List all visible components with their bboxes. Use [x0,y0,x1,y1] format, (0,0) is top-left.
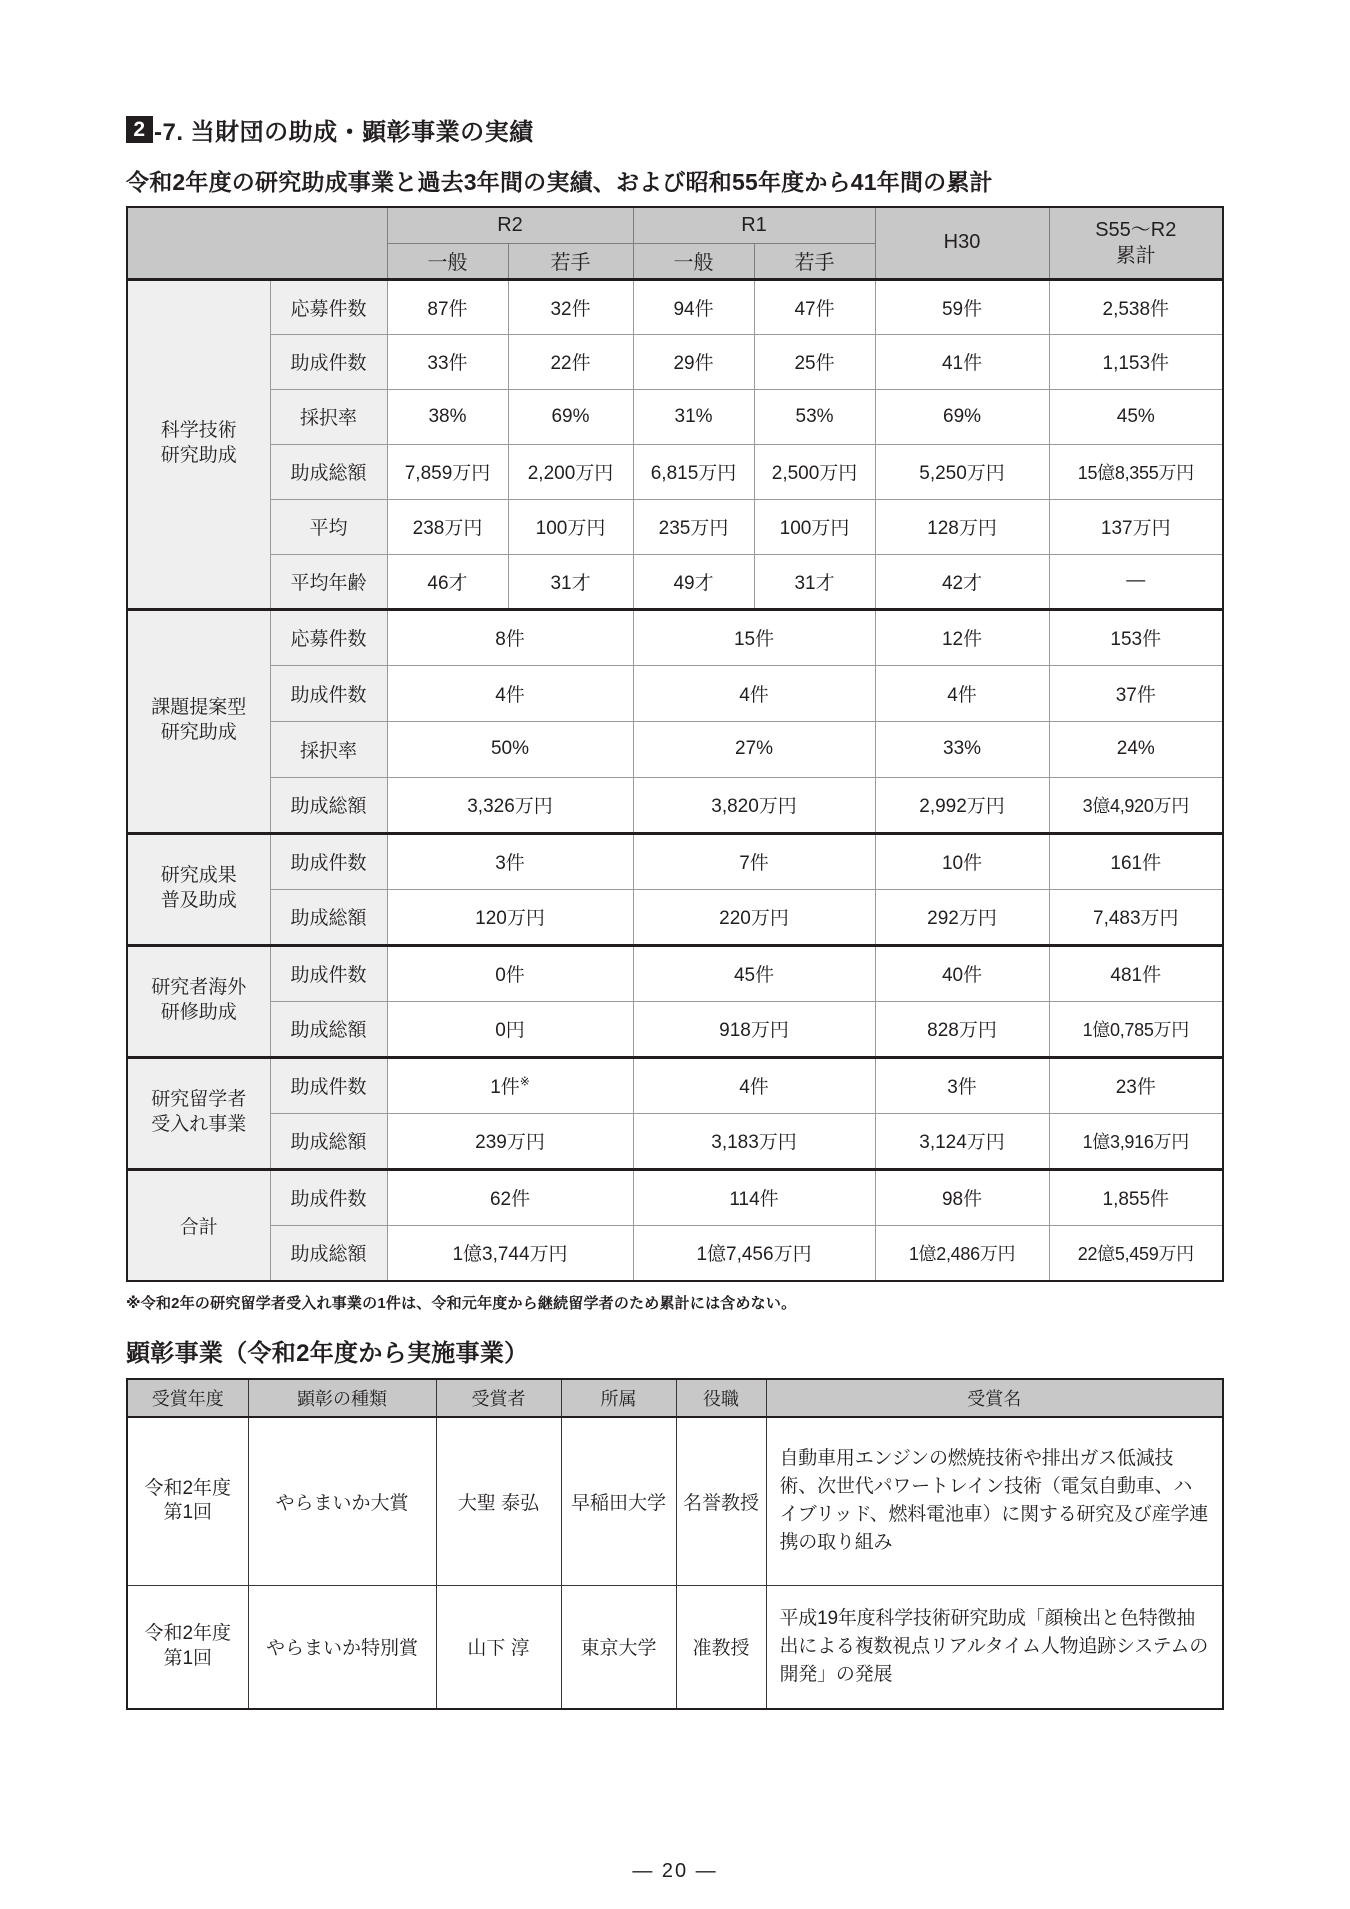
col-header-position: 役職 [676,1379,766,1417]
grant-cell: 1,153件 [1049,334,1223,389]
grant-cell: 918万円 [633,1001,875,1057]
col-header-award-year: 受賞年度 [127,1379,248,1417]
award-description: 平成19年度科学技術研究助成「顔検出と色特徴抽出による複数視点リアルタイム人物追… [766,1585,1223,1709]
award-description: 自動車用エンジンの燃焼技術や排出ガス低減技術、次世代パワートレイン技術（電気自動… [766,1417,1223,1585]
row-label: 助成件数 [270,1169,387,1225]
row-label: 助成総額 [270,777,387,833]
table-row: 助成件数 4件 4件 4件 37件 [127,665,1223,721]
row-label: 平均年齢 [270,554,387,609]
grant-cell: 1億3,916万円 [1049,1113,1223,1169]
grant-cell: 22億5,459万円 [1049,1225,1223,1281]
grant-cell: 1億0,785万円 [1049,1001,1223,1057]
section-overseas-training: 研究者海外 研修助成 助成件数 0件 45件 40件 481件 助成総額 0円 … [127,945,1223,1057]
grant-table-header: R2 R1 H30 S55～R2 累計 一般 若手 一般 若手 [127,207,1223,279]
table-row: 合計 助成件数 62件 114件 98件 1,855件 [127,1169,1223,1225]
footnote-marker: ※ [520,1075,530,1089]
grant-cell: 87件 [387,279,508,334]
award-position: 准教授 [676,1585,766,1709]
grant-cell: 0件 [387,945,633,1001]
grant-table-subtitle: 令和2年度の研究助成事業と過去3年間の実績、および昭和55年度から41年間の累計 [126,164,1224,197]
table-row: 研究成果 普及助成 助成件数 3件 7件 10件 161件 [127,833,1223,889]
grant-cell: 3,326万円 [387,777,633,833]
grant-cell: 40件 [875,945,1049,1001]
grant-cell: 37件 [1049,665,1223,721]
table-row: R2 R1 H30 S55～R2 累計 [127,207,1223,243]
grant-cell: 45% [1049,389,1223,444]
grant-cell: 69% [508,389,633,444]
section-label: 科学技術 研究助成 [127,279,270,609]
row-label: 助成総額 [270,444,387,499]
table-row: 採択率 38% 69% 31% 53% 69% 45% [127,389,1223,444]
col-header-r2: R2 [387,207,633,243]
grant-cell: 15件 [633,609,875,665]
grant-cell: 1件※ [387,1057,633,1113]
section-total: 合計 助成件数 62件 114件 98件 1,855件 助成総額 1億3,744… [127,1169,1223,1281]
grant-cell: 59件 [875,279,1049,334]
grant-cell: 25件 [754,334,875,389]
table-row: 課題提案型 研究助成 応募件数 8件 15件 12件 153件 [127,609,1223,665]
grant-cell: 137万円 [1049,499,1223,554]
page-title-text: -7. 当財団の助成・顕彰事業の実績 [154,112,534,147]
award-year: 令和2年度 第1回 [127,1585,248,1709]
col-header-r1: R1 [633,207,875,243]
grant-cell: 7件 [633,833,875,889]
section-visiting-researchers: 研究留学者 受入れ事業 助成件数 1件※ 4件 3件 23件 助成総額 239万… [127,1057,1223,1169]
table-row: 研究留学者 受入れ事業 助成件数 1件※ 4件 3件 23件 [127,1057,1223,1113]
grant-cell: 45件 [633,945,875,1001]
page-content: 2 -7. 当財団の助成・顕彰事業の実績 令和2年度の研究助成事業と過去3年間の… [0,0,1224,1883]
award-recipient: 山下 淳 [436,1585,561,1709]
col-header-young: 若手 [754,243,875,279]
grant-cell: 33% [875,721,1049,777]
grant-cell: 1億7,456万円 [633,1225,875,1281]
table-row: 助成総額 3,326万円 3,820万円 2,992万円 3億4,920万円 [127,777,1223,833]
col-header-general: 一般 [387,243,508,279]
grant-cell: 6,815万円 [633,444,754,499]
row-label: 採択率 [270,721,387,777]
award-type: やらまいか特別賞 [248,1585,436,1709]
grant-cell: 10件 [875,833,1049,889]
section-label: 研究者海外 研修助成 [127,945,270,1057]
page-title: 2 -7. 当財団の助成・顕彰事業の実績 [126,112,1224,147]
section-label: 課題提案型 研究助成 [127,609,270,833]
award-recipient: 大聖 泰弘 [436,1417,561,1585]
row-label: 助成件数 [270,1057,387,1113]
grant-cell: 2,538件 [1049,279,1223,334]
table-row: 科学技術 研究助成 応募件数 87件 32件 94件 47件 59件 2,538… [127,279,1223,334]
col-header-affiliation: 所属 [561,1379,676,1417]
section-number-box: 2 [126,116,153,143]
grant-cell: 5,250万円 [875,444,1049,499]
grant-cell: 161件 [1049,833,1223,889]
table-row: 令和2年度 第1回 やらまいか特別賞 山下 淳 東京大学 准教授 平成19年度科… [127,1585,1223,1709]
row-label: 助成件数 [270,833,387,889]
grant-cell: 33件 [387,334,508,389]
grant-cell: 98件 [875,1169,1049,1225]
table-row: 令和2年度 第1回 やらまいか大賞 大聖 泰弘 早稲田大学 名誉教授 自動車用エ… [127,1417,1223,1585]
grant-cell: 120万円 [387,889,633,945]
section-proposal-type: 課題提案型 研究助成 応募件数 8件 15件 12件 153件 助成件数 4件 … [127,609,1223,833]
table-row: 助成総額 239万円 3,183万円 3,124万円 1億3,916万円 [127,1113,1223,1169]
grant-cell: 42才 [875,554,1049,609]
table-row: 助成総額 1億3,744万円 1億7,456万円 1億2,486万円 22億5,… [127,1225,1223,1281]
col-header-general: 一般 [633,243,754,279]
grant-cell: 32件 [508,279,633,334]
grant-cell: 31才 [508,554,633,609]
col-header-h30: H30 [875,207,1049,279]
grant-cell: 114件 [633,1169,875,1225]
col-header-cumulative: S55～R2 累計 [1049,207,1223,279]
grant-cell: 828万円 [875,1001,1049,1057]
grant-results-table: R2 R1 H30 S55～R2 累計 一般 若手 一般 若手 科学技術 研究助… [126,206,1224,1282]
row-label: 平均 [270,499,387,554]
grant-cell: 31% [633,389,754,444]
grant-cell: 1億3,744万円 [387,1225,633,1281]
grant-value: 1件 [490,1077,520,1098]
grant-cell: 94件 [633,279,754,334]
grant-cell: 3,124万円 [875,1113,1049,1169]
grant-cell: 239万円 [387,1113,633,1169]
grant-cell: — [1049,554,1223,609]
table-row: 助成総額 7,859万円 2,200万円 6,815万円 2,500万円 5,2… [127,444,1223,499]
award-affiliation: 東京大学 [561,1585,676,1709]
row-label: 助成総額 [270,1225,387,1281]
grant-cell: 3件 [875,1057,1049,1113]
col-header-recipient: 受賞者 [436,1379,561,1417]
table-row: 平均年齢 46才 31才 49才 31才 42才 — [127,554,1223,609]
grant-cell: 128万円 [875,499,1049,554]
awards-table: 受賞年度 顕彰の種類 受賞者 所属 役職 受賞名 令和2年度 第1回 やらまいか… [126,1378,1224,1710]
grant-cell: 153件 [1049,609,1223,665]
grant-cell: 4件 [633,665,875,721]
corner-cell [127,207,387,279]
awards-table-body: 令和2年度 第1回 やらまいか大賞 大聖 泰弘 早稲田大学 名誉教授 自動車用エ… [127,1417,1223,1709]
row-label: 助成件数 [270,945,387,1001]
table-footnote: ※令和2年の研究留学者受入れ事業の1件は、令和元年度から継続留学者のため累計には… [126,1292,1224,1313]
grant-cell: 4件 [875,665,1049,721]
grant-cell: 15億8,355万円 [1049,444,1223,499]
grant-cell: 1,855件 [1049,1169,1223,1225]
table-row: 受賞年度 顕彰の種類 受賞者 所属 役職 受賞名 [127,1379,1223,1417]
grant-cell: 38% [387,389,508,444]
table-row: 助成件数 33件 22件 29件 25件 41件 1,153件 [127,334,1223,389]
row-label: 応募件数 [270,279,387,334]
grant-cell: 23件 [1049,1057,1223,1113]
award-type: やらまいか大賞 [248,1417,436,1585]
grant-cell: 3,820万円 [633,777,875,833]
table-row: 研究者海外 研修助成 助成件数 0件 45件 40件 481件 [127,945,1223,1001]
grant-cell: 69% [875,389,1049,444]
row-label: 助成件数 [270,665,387,721]
awards-heading: 顕彰事業（令和2年度から実施事業） [126,1333,1224,1368]
section-label: 研究成果 普及助成 [127,833,270,945]
grant-cell: 50% [387,721,633,777]
page-number: — 20 — [126,1860,1224,1883]
row-label: 助成総額 [270,1113,387,1169]
grant-cell: 7,483万円 [1049,889,1223,945]
row-label: 助成件数 [270,334,387,389]
table-row: 助成総額 120万円 220万円 292万円 7,483万円 [127,889,1223,945]
row-label: 助成総額 [270,889,387,945]
grant-cell: 53% [754,389,875,444]
grant-cell: 12件 [875,609,1049,665]
grant-cell: 3件 [387,833,633,889]
row-label: 助成総額 [270,1001,387,1057]
col-header-young: 若手 [508,243,633,279]
grant-cell: 2,500万円 [754,444,875,499]
grant-cell: 4件 [387,665,633,721]
grant-cell: 41件 [875,334,1049,389]
grant-cell: 1億2,486万円 [875,1225,1049,1281]
grant-cell: 49才 [633,554,754,609]
grant-cell: 8件 [387,609,633,665]
award-year: 令和2年度 第1回 [127,1417,248,1585]
grant-cell: 220万円 [633,889,875,945]
section-science-tech: 科学技術 研究助成 応募件数 87件 32件 94件 47件 59件 2,538… [127,279,1223,609]
grant-cell: 2,200万円 [508,444,633,499]
section-label: 研究留学者 受入れ事業 [127,1057,270,1169]
grant-cell: 46才 [387,554,508,609]
grant-cell: 47件 [754,279,875,334]
grant-cell: 29件 [633,334,754,389]
award-affiliation: 早稲田大学 [561,1417,676,1585]
grant-cell: 3,183万円 [633,1113,875,1169]
col-header-award-type: 顕彰の種類 [248,1379,436,1417]
table-row: 助成総額 0円 918万円 828万円 1億0,785万円 [127,1001,1223,1057]
grant-cell: 4件 [633,1057,875,1113]
grant-cell: 0円 [387,1001,633,1057]
grant-cell: 31才 [754,554,875,609]
grant-cell: 100万円 [754,499,875,554]
grant-cell: 3億4,920万円 [1049,777,1223,833]
grant-cell: 27% [633,721,875,777]
award-position: 名誉教授 [676,1417,766,1585]
col-header-award-name: 受賞名 [766,1379,1223,1417]
grant-cell: 2,992万円 [875,777,1049,833]
row-label: 応募件数 [270,609,387,665]
table-row: 平均 238万円 100万円 235万円 100万円 128万円 137万円 [127,499,1223,554]
grant-cell: 22件 [508,334,633,389]
grant-cell: 235万円 [633,499,754,554]
grant-cell: 292万円 [875,889,1049,945]
row-label: 採択率 [270,389,387,444]
grant-cell: 7,859万円 [387,444,508,499]
grant-cell: 62件 [387,1169,633,1225]
grant-cell: 238万円 [387,499,508,554]
grant-cell: 24% [1049,721,1223,777]
grant-cell: 100万円 [508,499,633,554]
grant-cell: 481件 [1049,945,1223,1001]
table-row: 採択率 50% 27% 33% 24% [127,721,1223,777]
section-label: 合計 [127,1169,270,1281]
awards-table-header: 受賞年度 顕彰の種類 受賞者 所属 役職 受賞名 [127,1379,1223,1417]
section-research-dissemination: 研究成果 普及助成 助成件数 3件 7件 10件 161件 助成総額 120万円… [127,833,1223,945]
